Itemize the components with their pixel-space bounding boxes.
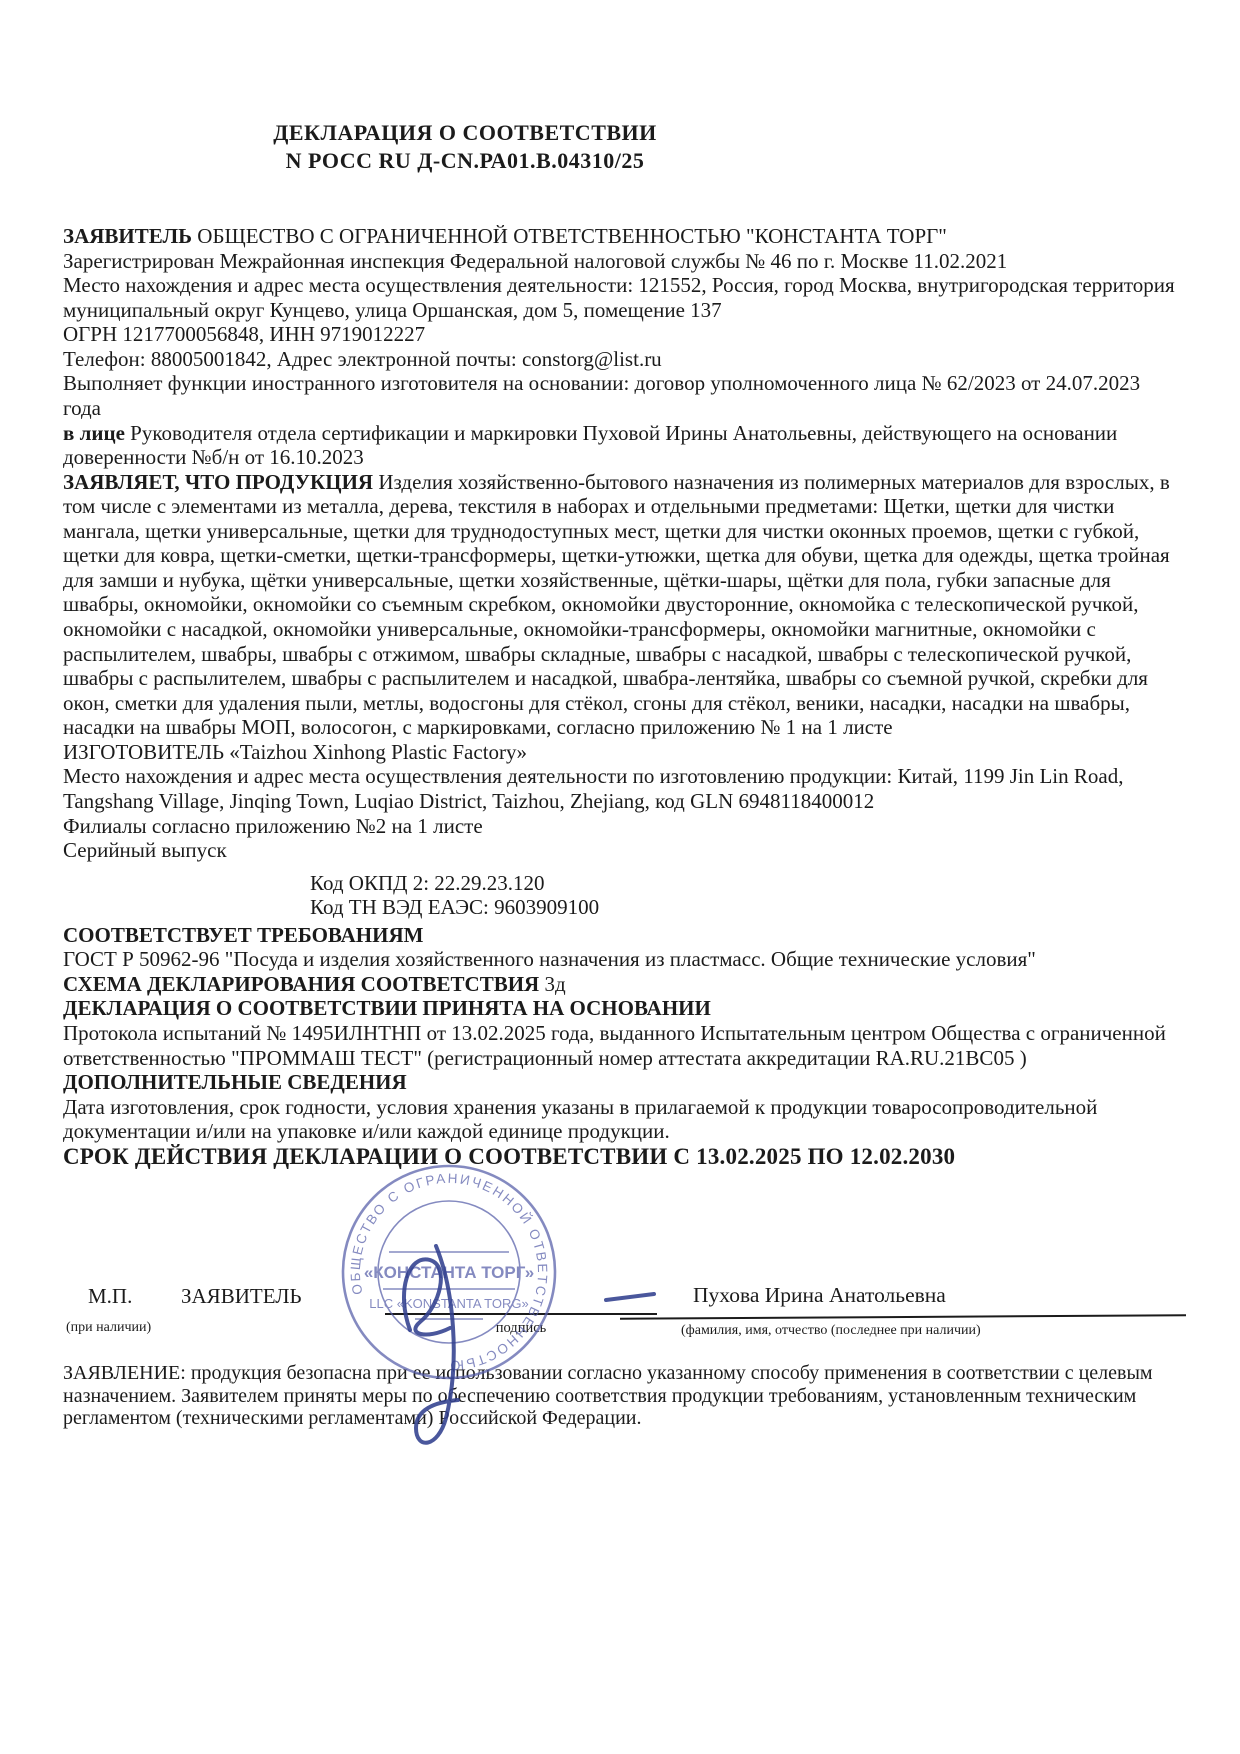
product-declaration: ЗАЯВЛЯЕТ, ЧТО ПРОДУКЦИЯ Изделия хозяйств… xyxy=(63,470,1182,740)
document-title: ДЕКЛАРАЦИЯ О СООТВЕТСТВИИ N РОСС RU Д-CN… xyxy=(60,119,870,175)
scheme-line: СХЕМА ДЕКЛАРИРОВАНИЯ СООТВЕТСТВИЯ 3д xyxy=(63,972,1182,997)
signing-applicant-label: ЗАЯВИТЕЛЬ xyxy=(181,1284,302,1309)
applicant-contacts: Телефон: 88005001842, Адрес электронной … xyxy=(63,347,1182,372)
in-person-label: в лице xyxy=(63,421,125,445)
title-line-2: N РОСС RU Д-CN.РА01.В.04310/25 xyxy=(60,147,870,175)
product-description: Изделия хозяйственно-бытового назначения… xyxy=(63,470,1170,740)
production-type: Серийный выпуск xyxy=(63,838,1182,863)
manufacturer-name: «Taizhou Xinhong Plastic Factory» xyxy=(229,740,527,764)
applicant-line: ЗАЯВИТЕЛЬ ОБЩЕСТВО С ОГРАНИЧЕННОЙ ОТВЕТС… xyxy=(63,224,1182,249)
mp-note: (при наличии) xyxy=(66,1320,151,1336)
signatory-name: Пухова Ирина Анатольевна xyxy=(693,1283,946,1308)
declaration-document: ДЕКЛАРАЦИЯ О СООТВЕТСТВИИ N РОСС RU Д-CN… xyxy=(0,0,1240,1754)
validity-period: СРОК ДЕЙСТВИЯ ДЕКЛАРАЦИИ О СООТВЕТСТВИИ … xyxy=(63,1144,1182,1171)
name-underline xyxy=(620,1314,1186,1319)
name-caption: (фамилия, имя, отчество (последнее при н… xyxy=(681,1323,981,1339)
mp-label: М.П. xyxy=(88,1284,132,1309)
applicant-ogrn-inn: ОГРН 1217700056848, ИНН 9719012227 xyxy=(63,322,1182,347)
additional-text: Дата изготовления, срок годности, услови… xyxy=(63,1095,1182,1144)
manufacturer-line: ИЗГОТОВИТЕЛЬ «Taizhou Xinhong Plastic Fa… xyxy=(63,740,1182,765)
scheme-value: 3д xyxy=(544,972,565,996)
requirements-header: СООТВЕТСТВУЕТ ТРЕБОВАНИЯМ xyxy=(63,923,1182,948)
basis-header: ДЕКЛАРАЦИЯ О СООТВЕТСТВИИ ПРИНЯТА НА ОСН… xyxy=(63,996,1182,1021)
document-body: ЗАЯВИТЕЛЬ ОБЩЕСТВО С ОГРАНИЧЕННОЙ ОТВЕТС… xyxy=(63,224,1182,1171)
applicant-foreign-function: Выполняет функции иностранного изготовит… xyxy=(63,371,1182,420)
applicant-registration: Зарегистрирован Межрайонная инспекция Фе… xyxy=(63,249,1182,274)
signature-stroke-descender xyxy=(416,1246,458,1443)
applicant-label: ЗАЯВИТЕЛЬ xyxy=(63,224,192,248)
manufacturer-address: Место нахождения и адрес места осуществл… xyxy=(63,764,1182,813)
scheme-label: СХЕМА ДЕКЛАРИРОВАНИЯ СООТВЕТСТВИЯ xyxy=(63,972,539,996)
in-person-text: Руководителя отдела сертификации и марки… xyxy=(63,421,1117,470)
declares-label: ЗАЯВЛЯЕТ, ЧТО ПРОДУКЦИЯ xyxy=(63,470,373,494)
signature-stroke-dash xyxy=(606,1294,654,1300)
applicant-name: ОБЩЕСТВО С ОГРАНИЧЕННОЙ ОТВЕТСТВЕННОСТЬЮ… xyxy=(197,224,947,248)
standard-reference: ГОСТ Р 50962-96 "Посуда и изделия хозяйс… xyxy=(63,947,1182,972)
tnved-code: Код ТН ВЭД ЕАЭС: 9603909100 xyxy=(310,895,1182,920)
applicant-in-person: в лице Руководителя отдела сертификации … xyxy=(63,421,1182,470)
manufacturer-label: ИЗГОТОВИТЕЛЬ xyxy=(63,740,224,764)
basis-text: Протокола испытаний № 1495ИЛНТНП от 13.0… xyxy=(63,1021,1182,1070)
title-line-1: ДЕКЛАРАЦИЯ О СООТВЕТСТВИИ xyxy=(60,119,870,147)
okpd-code: Код ОКПД 2: 22.29.23.120 xyxy=(310,871,1182,896)
applicant-address: Место нахождения и адрес места осуществл… xyxy=(63,273,1182,322)
additional-header: ДОПОЛНИТЕЛЬНЫЕ СВЕДЕНИЯ xyxy=(63,1070,1182,1095)
handwritten-signature xyxy=(358,1222,688,1462)
codes-block: Код ОКПД 2: 22.29.23.120 Код ТН ВЭД ЕАЭС… xyxy=(310,871,1182,920)
manufacturer-branches: Филиалы согласно приложению №2 на 1 лист… xyxy=(63,814,1182,839)
